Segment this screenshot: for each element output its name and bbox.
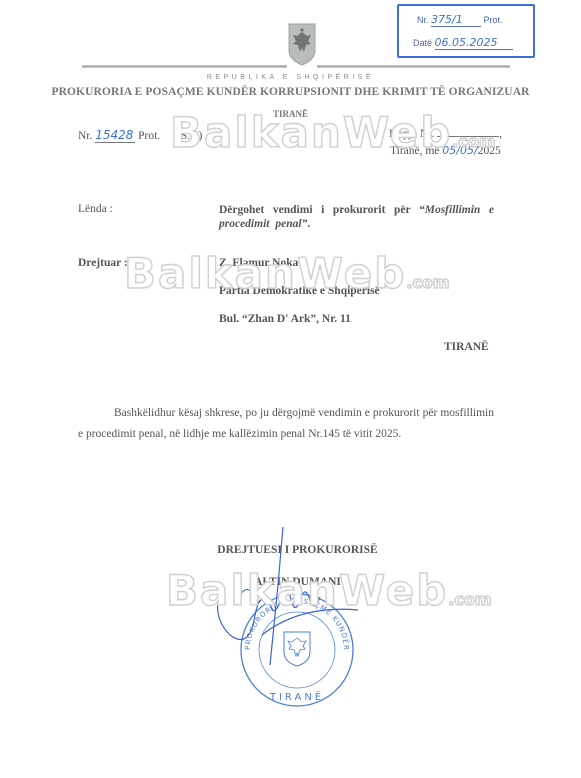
- stamp-nr-row: Nr. 375/1 Prot.: [417, 13, 503, 27]
- registration-stamp: Nr. 375/1 Prot. Datë 06.05.2025: [397, 4, 535, 58]
- stamp-date-row: Datë 06.05.2025: [413, 36, 513, 50]
- ref-nr-label: Nr.: [78, 130, 92, 142]
- header-rule-left: [82, 65, 287, 68]
- ref-prot-label: Prot.: [138, 130, 160, 142]
- ref-nr-value: 15428: [95, 128, 135, 143]
- stamp-prot-label: Prot.: [484, 15, 503, 25]
- subject-end: .: [307, 218, 310, 230]
- watermark-text: BalkanWeb: [170, 108, 452, 157]
- stamp-nr-label: Nr.: [417, 15, 429, 25]
- stamp-nr-value: 375/1: [431, 13, 481, 27]
- watermark-text: BalkanWeb: [124, 249, 406, 298]
- recipient-city: TIRANË: [444, 341, 489, 353]
- watermark-suffix: .com: [452, 132, 495, 151]
- subject-plain: Dërgohet vendimi i prokurorit për: [219, 204, 419, 216]
- watermark-suffix: .com: [448, 590, 491, 609]
- stamp-date-label: Datë: [413, 38, 432, 48]
- albanian-eagle-emblem-icon: [287, 22, 317, 66]
- watermark-suffix: .com: [406, 273, 449, 292]
- republic-heading: REPUBLIKA E SHQIPËRISË: [0, 74, 581, 81]
- header-rule-right: [317, 65, 510, 68]
- stamp-date-value: 06.05.2025: [435, 36, 513, 50]
- watermark: BalkanWeb.com: [124, 249, 450, 298]
- recipient-label: Drejtuar :: [78, 257, 128, 269]
- institution-heading: PROKURORIA E POSAÇME KUNDËR KORRUPSIONIT…: [0, 86, 581, 98]
- body-paragraph: Bashkëlidhur kësaj shkrese, po ju dërgoj…: [78, 403, 494, 445]
- watermark: BalkanWeb.com: [166, 566, 492, 615]
- recipient-address: Bul. “Zhan D' Ark”, Nr. 11: [219, 313, 351, 325]
- watermark: BalkanWeb.com: [170, 108, 496, 157]
- subject-label: Lënda :: [78, 203, 113, 215]
- watermark-text: BalkanWeb: [166, 566, 448, 615]
- subject-text: Dërgohet vendimi i prokurorit për “Mosfi…: [219, 203, 494, 231]
